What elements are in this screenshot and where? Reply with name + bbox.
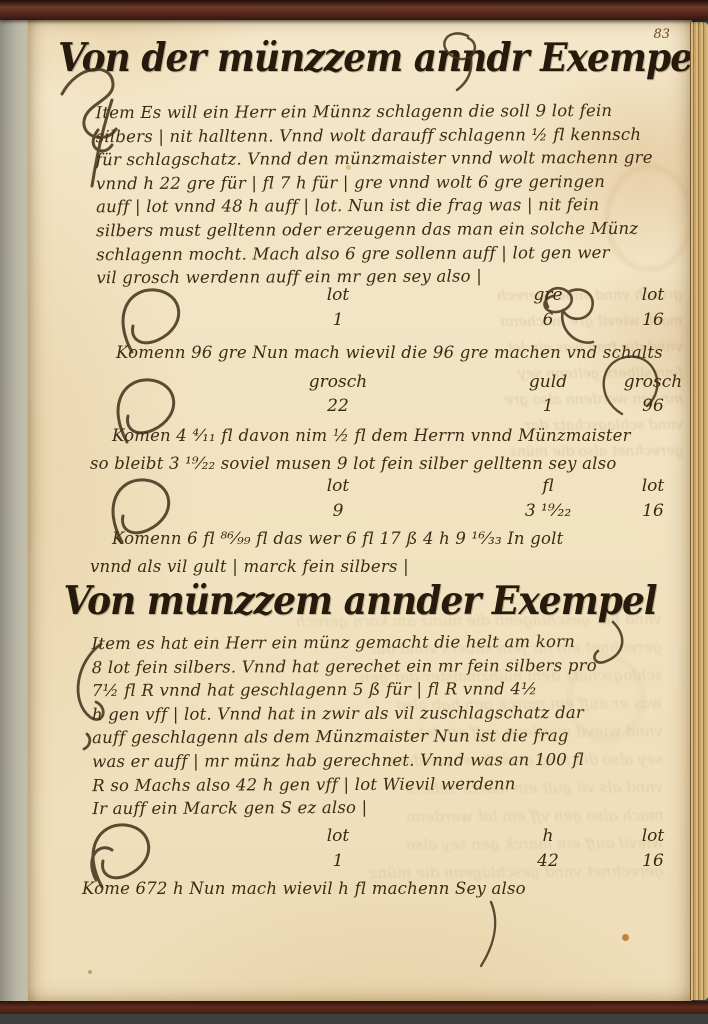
- section2-heading: Von münzzem annder Exempel: [58, 578, 662, 623]
- table2-value-row: 22 1 96: [128, 396, 648, 418]
- manuscript-page: grosch vnnd silber gerech mach wievil gr…: [28, 15, 692, 1005]
- table-cell: 3 ¹⁹⁄₂₂: [513, 501, 583, 521]
- table-cell: lot: [618, 826, 688, 846]
- text-line: Item Es will ein Herr ein Münnz schlagen…: [96, 99, 653, 125]
- table-cell: lot: [618, 285, 688, 305]
- section2-paragraph: Item es hat ein Herr ein münz gemacht di…: [92, 630, 598, 821]
- table-cell: 16: [618, 851, 688, 871]
- text-line: auff geschlagenn als dem Münzmaister Nun…: [92, 724, 597, 750]
- table-cell: h: [513, 826, 583, 846]
- table-cell: 42: [513, 851, 583, 871]
- table-cell: 16: [618, 310, 688, 330]
- text-line: 7½ fl R vnnd hat geschlagenn 5 ß für | f…: [92, 677, 597, 703]
- table-cell: 6: [513, 310, 583, 330]
- text-line: h gen vff | lot. Vnnd hat in zwir als vi…: [92, 701, 597, 727]
- text-line: vnnd h 22 gre für | fl 7 h für | gre vnn…: [96, 170, 653, 196]
- table1-value-row: 1 6 16: [128, 310, 648, 332]
- table2-header-row: grosch guld grosch: [128, 372, 648, 394]
- table-cell: lot: [303, 826, 373, 846]
- text-line: silbers | nit halltenn. Vnnd wolt darauf…: [96, 122, 653, 148]
- table3-header-row: lot fl lot: [128, 476, 648, 498]
- text-line: auff | lot vnnd 48 h auff | lot. Nun ist…: [96, 193, 653, 219]
- table-cell: 16: [618, 501, 688, 521]
- section1-heading: Von der münzzem anndr Exempel: [58, 35, 662, 80]
- table-cell: lot: [303, 476, 373, 496]
- text-line: Ir auff ein Marck gen S ez also |: [92, 795, 597, 821]
- text-line: silbers must gelltenn oder erzeugenn das…: [96, 217, 653, 243]
- table-cell: guld: [513, 372, 583, 392]
- table4-header-row: lot h lot: [128, 826, 648, 848]
- text-line: für schlagschatz. Vnnd den münzmaister v…: [96, 146, 653, 172]
- table-cell: 22: [303, 396, 373, 416]
- table-cell: lot: [303, 285, 373, 305]
- book-cover-top: [0, 0, 708, 20]
- section1-paragraph: Item Es will ein Herr ein Münnz schlagen…: [96, 99, 654, 290]
- table-cell: gre: [513, 285, 583, 305]
- text-line: Komenn 96 gre Nun mach wievil die 96 gre…: [116, 343, 663, 362]
- text-line: vnnd als vil gult | marck fein silbers |: [90, 557, 409, 576]
- ink-spot: [88, 970, 92, 974]
- table-cell: lot: [618, 476, 688, 496]
- table1-header-row: lot gre lot: [128, 285, 648, 307]
- ink-spot: [622, 934, 629, 941]
- text-line: so bleibt 3 ¹⁹⁄₂₂ soviel musen 9 lot fei…: [90, 454, 616, 473]
- text-line: Item es hat ein Herr ein münz gemacht di…: [92, 630, 597, 656]
- background-surface: [0, 1014, 708, 1024]
- table3-value-row: 9 3 ¹⁹⁄₂₂ 16: [128, 501, 648, 523]
- table-cell: 96: [618, 396, 688, 416]
- table-cell: 1: [303, 310, 373, 330]
- table-cell: 1: [303, 851, 373, 871]
- table4-value-row: 1 42 16: [128, 851, 648, 873]
- table-cell: fl: [513, 476, 583, 496]
- text-line: R so Machs also 42 h gen vff | lot Wievi…: [92, 771, 597, 797]
- text-line: was er auff | mr münz hab gerechnet. Vnn…: [92, 748, 597, 774]
- table-cell: grosch: [618, 372, 688, 392]
- text-line: Kome 672 h Nun mach wievil h fl machenn …: [82, 879, 526, 898]
- table-cell: 9: [303, 501, 373, 521]
- text-line: schlagenn mocht. Mach also 6 gre sollenn…: [96, 240, 653, 266]
- text-line: 8 lot fein silbers. Vnnd hat gerechet ei…: [92, 653, 597, 679]
- book-fore-edge: [690, 22, 708, 1000]
- table-cell: 1: [513, 396, 583, 416]
- table-cell: grosch: [303, 372, 373, 392]
- text-line: Komen 4 ⁴⁄₁₁ fl davon nim ½ fl dem Herrn…: [112, 426, 631, 445]
- text-line: Komenn 6 fl ⁸⁶⁄₉₉ fl das wer 6 fl 17 ß 4…: [112, 529, 563, 548]
